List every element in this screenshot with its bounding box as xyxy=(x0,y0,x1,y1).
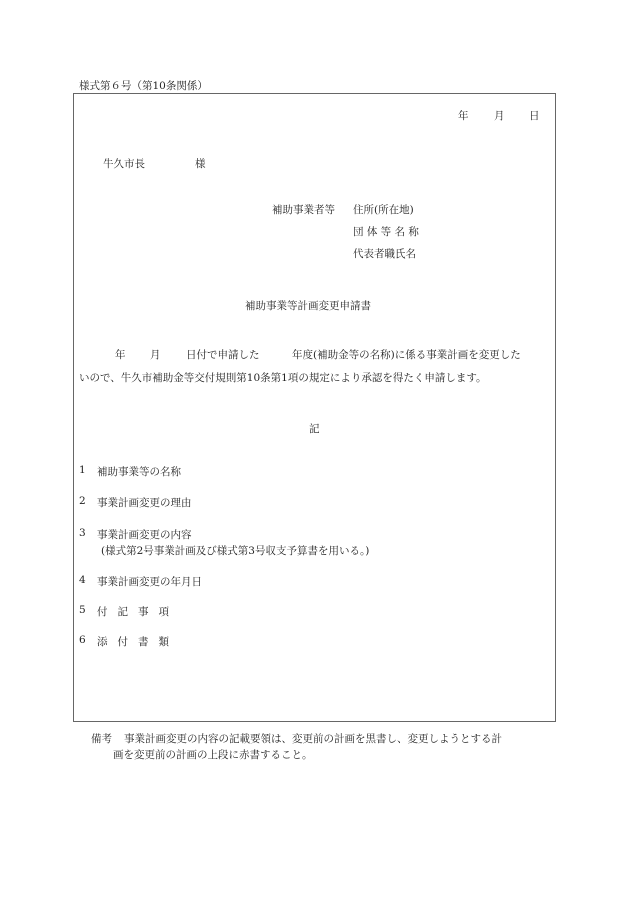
form-number-label: 様式第６号（第10条関係） xyxy=(79,78,208,93)
body-fiscal-text: 年度(補助金等の名称)に係る事業計画を変更した xyxy=(292,347,521,362)
remarks-line-1: 事業計画変更の内容の記載要領は、変更前の計画を黒書し、変更しようとする計 xyxy=(124,731,502,746)
date-month: 月 xyxy=(494,108,505,123)
applicant-label: 補助事業者等 xyxy=(272,202,335,217)
body-month: 月 xyxy=(150,347,161,362)
item-2-label: 事業計画変更の理由 xyxy=(97,495,192,510)
item-3-number: 3 xyxy=(79,527,86,539)
applicant-representative-field: 代表者職氏名 xyxy=(353,246,416,261)
body-line-2: いので、牛久市補助金等交付規則第10条第1項の規定により承認を得たく申請します。 xyxy=(79,370,487,385)
item-4-label: 事業計画変更の年月日 xyxy=(97,574,202,589)
applicant-address-field: 住所(所在地) xyxy=(353,202,414,217)
item-6-label: 添付書類 xyxy=(97,634,179,649)
addressee-honorific: 様 xyxy=(195,156,206,171)
applicant-org-name-field: 団 体 等 名 称 xyxy=(353,224,419,239)
remarks-label: 備考 xyxy=(91,731,112,746)
item-5-label: 付記事項 xyxy=(97,604,179,619)
item-1-number: 1 xyxy=(79,464,86,476)
item-5-number: 5 xyxy=(79,604,86,616)
addressee-name: 牛久市長 xyxy=(103,156,145,171)
item-3-label: 事業計画変更の内容 xyxy=(97,527,192,542)
item-1-label: 補助事業等の名称 xyxy=(97,464,181,479)
body-year: 年 xyxy=(115,347,126,362)
item-6-number: 6 xyxy=(79,634,86,646)
remarks-line-2: 画を変更前の計画の上段に赤書すること。 xyxy=(113,747,313,762)
item-3-note: (様式第2号事業計画及び様式第3号収支予算書を用いる。) xyxy=(101,543,369,558)
item-2-number: 2 xyxy=(79,495,86,507)
ki-heading: 記 xyxy=(309,421,320,436)
item-4-number: 4 xyxy=(79,574,86,586)
date-year: 年 xyxy=(458,108,469,123)
date-day: 日 xyxy=(529,108,540,123)
document-title: 補助事業等計画変更申請書 xyxy=(245,298,371,313)
form-box xyxy=(73,93,556,722)
body-date-text: 日付で申請した xyxy=(186,347,260,362)
